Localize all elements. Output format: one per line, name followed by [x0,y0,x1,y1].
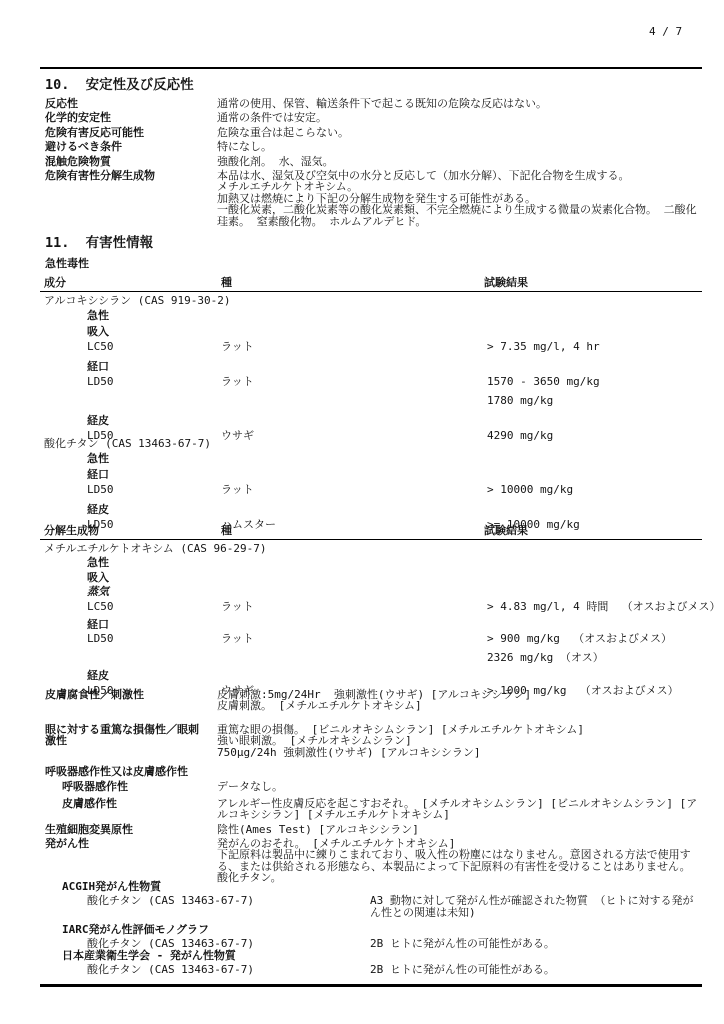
section-10-title: 10. 安定性及び反応性 [45,77,724,93]
footer-rule [40,984,702,987]
tox-sub-label: 経皮 [87,670,724,681]
property-label: 眼に対する重篤な損傷性／眼刺激性 [45,724,208,758]
result-cell: > 10000 mg/kg [487,484,724,495]
property-row: 混触危険物質 強酸化剤。 水、湿気。 [0,156,724,167]
substance-group: メチルエチルケトオキシム (CAS 96-29-7) 急性 吸入 蒸気 LC50… [0,543,724,696]
tox-sub-label: 経口 [87,361,724,372]
column-header-component: 成分 [44,277,221,288]
column-header-species: 種 [221,525,484,536]
property-row: 皮膚感作性 アレルギー性皮膚反応を起こすおそれ。 [メチルオキシムシラン] [ビ… [0,798,724,821]
property-value-line: 下記原料は製品中に練りこまれており、吸入性の粉塵にはなりません。意図される方法で… [217,849,703,872]
property-value-line: 強酸化剤。 水、湿気。 [217,156,703,167]
test-type-label: LD50 [87,484,221,495]
property-label: 皮膚感作性 [62,798,208,821]
page-number: 4 / 7 [649,26,682,37]
test-type-label: LD50 [87,633,221,644]
property-label: 危険有害性分解生成物 [45,170,208,227]
section-10: 10. 安定性及び反応性 反応性 通常の使用、保管、輸送条件下で起こる既知の危険… [0,77,724,227]
result-cell: > 900 mg/kg （オスおよびメス） [487,633,724,644]
property-row: 危険有害反応可能性 危険な重合は起こらない。 [0,127,724,138]
carcinogen-agency: 日本産業衛生学会 - 発がん性物質 [62,950,724,961]
test-type-label: LC50 [87,601,221,612]
property-label: 混触危険物質 [45,156,208,167]
tox-sub-label: 急性 [87,310,724,321]
substance-name: アルコキシシラン (CAS 919-30-2) [44,295,724,306]
substance-group: 酸化チタン (CAS 13463-67-7) 急性 経口 LD50 ラット > … [0,438,724,530]
property-label: 呼吸器感作性 [62,781,208,792]
substance-name: 酸化チタン (CAS 13463-67-7) [44,438,724,449]
tox-sub-label: 経口 [87,469,724,480]
carcinogen-substance: 酸化チタン (CAS 13463-67-7) [87,895,370,918]
property-row: 皮膚腐食性／刺激性 皮膚刺激:5mg/24Hr 強刺激性(ウサギ) [アルコキシ… [0,689,724,712]
property-label: 化学的安定性 [45,112,208,123]
acute-toxicity-heading: 急性毒性 [45,258,724,269]
result-cell: > 7.35 mg/l, 4 hr [487,341,724,352]
test-type-label: LD50 [87,376,221,387]
property-label: 生殖細胞変異原性 [45,824,208,835]
property-row: 眼に対する重篤な損傷性／眼刺激性 重篤な眼の損傷。 [ビニルオキシムシラン] [… [0,724,724,758]
property-value-line: 危険な重合は起こらない。 [217,127,703,138]
carcinogen-classification: 2B ヒトに発がん性の可能性がある。 [370,938,702,949]
property-value-line: 強い眼刺激。 [メチルオキシムシラン] [217,735,703,746]
carcinogen-classification: 2B ヒトに発がん性の可能性がある。 [370,964,702,975]
carcinogen-agency: ACGIH発がん性物質 [62,881,724,892]
tox-table-header: 成分 種 試験結果 [40,277,702,292]
property-label: 発がん性 [45,838,208,884]
tox-data-row: LD50 ラット 1570 - 3650 mg/kg [0,376,724,387]
property-value-line: 通常の条件では安定。 [217,112,703,123]
property-label: 皮膚腐食性／刺激性 [45,689,208,712]
section-11-title: 11. 有害性情報 [45,235,724,251]
tox-sub-label: 経皮 [87,504,724,515]
property-value-line: 一酸化炭素，二酸化炭素等の酸化炭素類、不完全燃焼により生成する微量の炭素化合物。… [217,204,703,227]
carcinogen-row: 酸化チタン (CAS 13463-67-7) 2B ヒトに発がん性の可能性がある… [0,964,724,975]
carcinogen-agency: IARC発がん性評価モノグラフ [62,924,724,935]
property-row: 呼吸器感作性 データなし。 [0,781,724,792]
species-cell: ラット [221,633,487,644]
property-label: 反応性 [45,98,208,109]
property-value-line: 皮膚刺激。 [メチルエチルケトオキシム] [217,700,703,711]
tox-data-row: LC50 ラット > 7.35 mg/l, 4 hr [0,341,724,352]
tox-sub-label: 急性 [87,557,724,568]
property-row: 危険有害性分解生成物 本品は水、湿気及び空気中の水分と反応して（加水分解）、下記… [0,170,724,227]
carcinogen-substance: 酸化チタン (CAS 13463-67-7) [87,938,370,949]
property-value-line: 陰性(Ames Test) [アルコキシシラン] [217,824,703,835]
carcinogen-row: 酸化チタン (CAS 13463-67-7) A3 動物に対して発がん性が確認さ… [0,895,724,918]
column-header-result: 試験結果 [484,277,702,288]
property-row: 発がん性 発がんのおそれ。 [メチルエチルケトオキシム] 下記原料は製品中に練り… [0,838,724,884]
property-value-line: アレルギー性皮膚反応を起こすおそれ。 [メチルオキシムシラン] [ビニルオキシム… [217,798,703,821]
hazard-properties: 皮膚腐食性／刺激性 皮膚刺激:5mg/24Hr 強刺激性(ウサギ) [アルコキシ… [0,689,724,884]
species-cell: ラット [221,376,487,387]
result-cell: 1570 - 3650 mg/kg [487,376,724,387]
tox-sub-label-vapor: 蒸気 [87,586,724,597]
species-cell: ラット [221,341,487,352]
result-cell: > 4.83 mg/l, 4 時間 （オスおよびメス） [487,601,724,612]
tox-sub-label: 吸入 [87,326,724,337]
sds-document-page: 4 / 7 10. 安定性及び反応性 反応性 通常の使用、保管、輸送条件下で起こ… [0,0,724,1024]
column-header-result: 試験結果 [484,525,702,536]
property-value-line: 特になし。 [217,141,703,152]
carcinogen-row: 酸化チタン (CAS 13463-67-7) 2B ヒトに発がん性の可能性がある… [0,938,724,949]
tox-data-row: LD50 ラット > 10000 mg/kg [0,484,724,495]
secondary-result: 2326 mg/kg （オス） [487,652,724,663]
tox-data-row: LC50 ラット > 4.83 mg/l, 4 時間 （オスおよびメス） [0,601,724,612]
tox-sub-label: 急性 [87,453,724,464]
property-row: 生殖細胞変異原性 陰性(Ames Test) [アルコキシシラン] [0,824,724,835]
sensitization-heading: 呼吸器感作性又は皮膚感作性 [45,766,724,777]
tox-sub-label: 吸入 [87,572,724,583]
property-row: 反応性 通常の使用、保管、輸送条件下で起こる既知の危険な反応はない。 [0,98,724,109]
property-value-line: 750μg/24h 強刺激性(ウサギ) [アルコキシシラン] [217,747,703,758]
carcinogen-lists: ACGIH発がん性物質 酸化チタン (CAS 13463-67-7) A3 動物… [0,881,724,976]
species-cell: ラット [221,484,487,495]
substance-group: アルコキシシラン (CAS 919-30-2) 急性 吸入 LC50 ラット >… [0,295,724,442]
tox-sub-label: 経皮 [87,415,724,426]
header-rule [40,67,702,69]
carcinogen-classification: A3 動物に対して発がん性が確認された物質 （ヒトに対する発がん性との関連は未知… [370,895,702,918]
property-value-line: 通常の使用、保管、輸送条件下で起こる既知の危険な反応はない。 [217,98,703,109]
property-value-line: データなし。 [217,781,703,792]
section-11-header: 11. 有害性情報 [0,235,724,251]
column-header-decomposition: 分解生成物 [44,525,221,536]
test-type-label: LC50 [87,341,221,352]
property-label: 危険有害反応可能性 [45,127,208,138]
property-row: 化学的安定性 通常の条件では安定。 [0,112,724,123]
species-cell: ラット [221,601,487,612]
tox-data-row: LD50 ラット > 900 mg/kg （オスおよびメス） [0,633,724,644]
tox-table-header: 分解生成物 種 試験結果 [40,525,702,540]
secondary-result: 1780 mg/kg [487,395,724,406]
property-label: 避けるべき条件 [45,141,208,152]
property-row: 避けるべき条件 特になし。 [0,141,724,152]
column-header-species: 種 [221,277,484,288]
carcinogen-substance: 酸化チタン (CAS 13463-67-7) [87,964,370,975]
tox-sub-label: 経口 [87,619,724,630]
substance-name: メチルエチルケトオキシム (CAS 96-29-7) [44,543,724,554]
